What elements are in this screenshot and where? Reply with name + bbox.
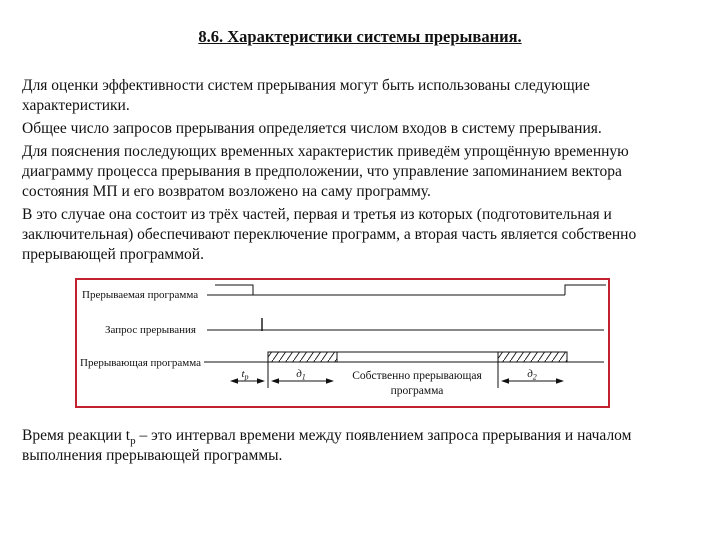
diagram-frame: Прерываемая программа Запрос прерывания … [75,278,610,408]
arrowhead [326,378,334,384]
paragraph: В это случае она состоит из трёх частей,… [22,205,690,265]
timing-diagram: Прерываемая программа Запрос прерывания … [77,280,608,406]
interrupt-request-label: Запрос прерывания [105,324,196,336]
own-program-label-line2: программа [391,385,444,397]
preparation-phase-block [268,352,337,362]
delta2-label: д2 [527,368,537,382]
arrowhead [271,378,279,384]
arrowhead [257,378,265,384]
paragraph: Общее число запросов прерывания определя… [22,119,690,139]
interrupting-program-label: Прерывающая программа [80,357,201,369]
arrowhead [556,378,564,384]
interrupted-program-label: Прерываемая программа [82,289,198,301]
arrowhead [230,378,238,384]
paragraph: Для оценки эффективности систем прерыван… [22,76,690,116]
arrowhead [501,378,509,384]
footer-paragraph: Время реакции tр – это интервал времени … [22,426,702,466]
page-title: 8.6. Характеристики системы прерывания. [0,27,720,47]
final-phase-block [498,352,567,362]
delta1-label: д1 [296,368,306,382]
body-text: Для оценки эффективности систем прерыван… [22,76,690,268]
own-program-label-line1: Собственно прерывающая [352,370,482,382]
interrupted-program-active-segment [215,285,253,295]
paragraph: Для пояснения последующих временных хара… [22,142,690,202]
reaction-time-label: tр [241,368,248,382]
interrupted-program-resume-segment [565,285,606,295]
footer-text-prefix: Время реакции t [22,427,130,444]
